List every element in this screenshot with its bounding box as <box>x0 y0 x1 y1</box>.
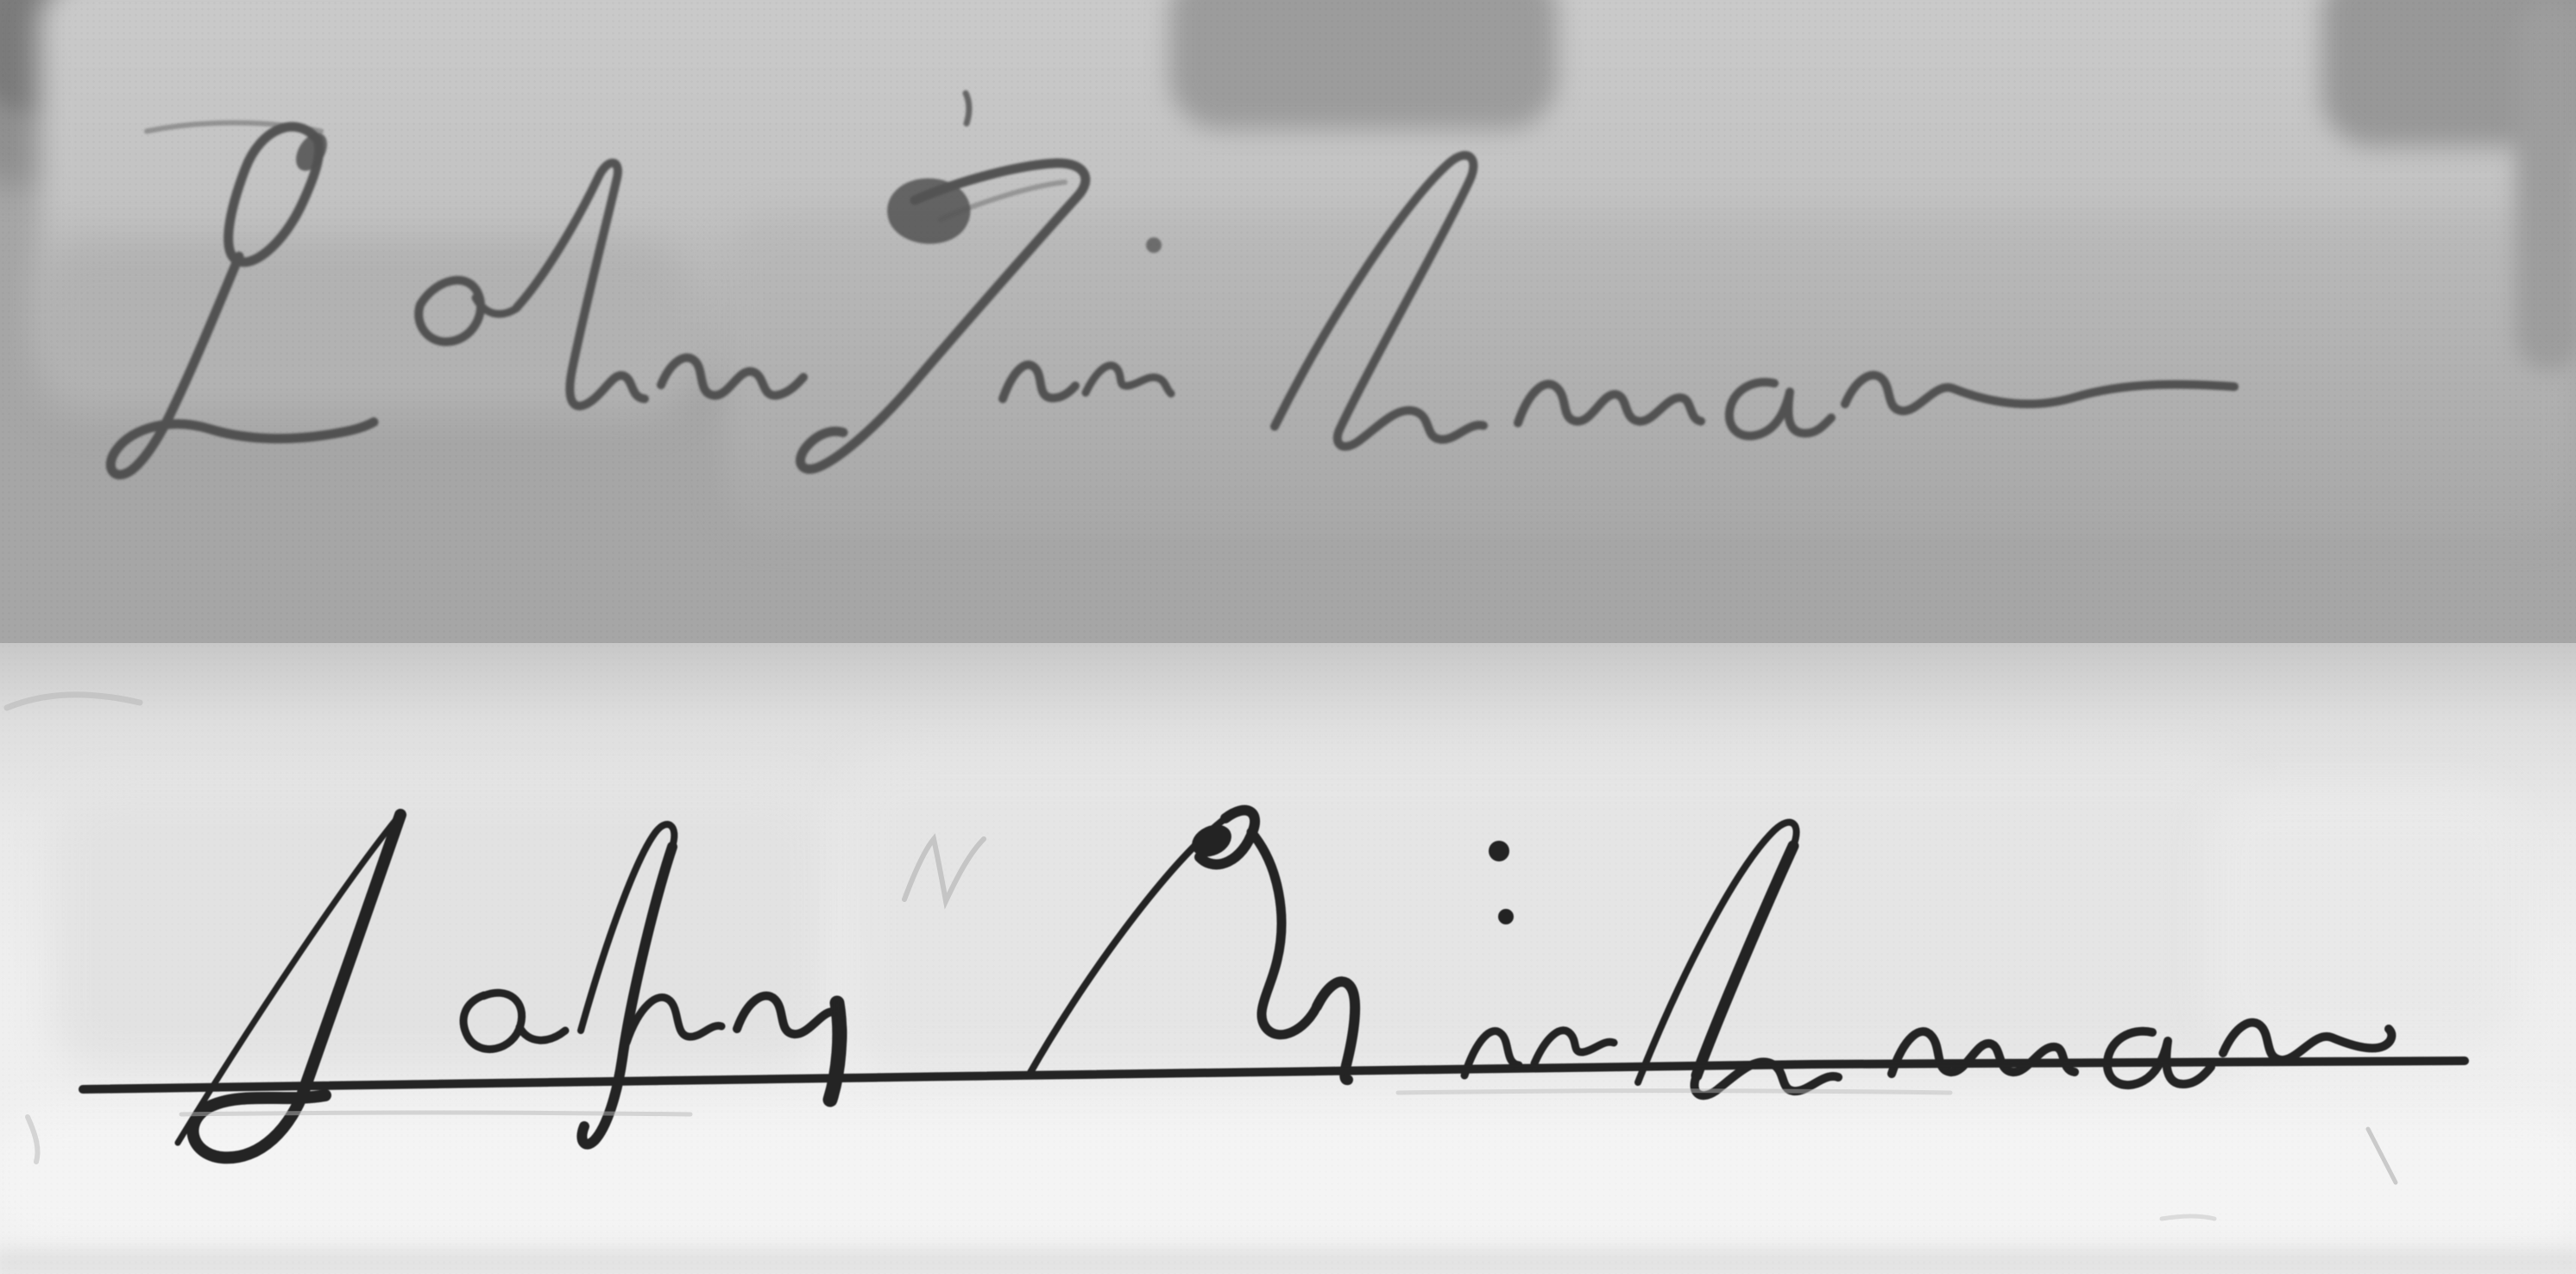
bottom-signature-handwriting <box>83 810 2465 1158</box>
letter-m-top <box>1518 384 1701 423</box>
letter-n-bottom <box>737 996 842 1100</box>
letter-n-final-bottom <box>2223 1023 2391 1060</box>
letter-J-top <box>110 127 374 475</box>
letter-r-bottom <box>1534 1031 1614 1063</box>
letter-h-bottom <box>581 824 721 1145</box>
letter-k-bottom <box>1638 823 1838 1096</box>
faint-smudge <box>2162 1216 2214 1219</box>
letter-n-top <box>661 357 803 395</box>
letter-J-bottom <box>178 815 400 1157</box>
i-dot <box>1498 909 1514 924</box>
top-signature-handwriting <box>110 93 2234 475</box>
letter-h-top <box>517 163 645 407</box>
ink-blob <box>290 128 334 177</box>
signature-scan-document: John Kirkman John Kirkman <box>0 0 2576 1274</box>
letter-o-bottom <box>463 993 565 1049</box>
faint-smudge <box>28 1117 38 1162</box>
letter-i-top <box>1003 237 1162 399</box>
underline-echo <box>181 1113 690 1114</box>
stray-pencil-tick <box>966 93 969 123</box>
letter-K-top <box>800 163 1085 470</box>
i-dot <box>1489 841 1509 861</box>
scan-artifacts <box>7 695 2396 1219</box>
faint-diagonal-mark <box>2368 1129 2396 1183</box>
letter-n-flourish-top <box>1845 375 2234 411</box>
letter-K-bottom <box>1029 810 1355 1080</box>
ghost-writing-mark <box>904 839 984 901</box>
underline-echo <box>1398 1091 1950 1093</box>
i-diaeresis-dots <box>1489 841 1514 924</box>
letter-r-top <box>1086 365 1171 394</box>
letter-o-top <box>419 281 517 342</box>
faint-smudge <box>7 695 140 708</box>
handwriting-layer <box>0 0 2576 1274</box>
i-dot <box>1146 237 1162 253</box>
letter-k-top <box>1275 155 1483 446</box>
letter-a-top <box>1729 382 1831 436</box>
